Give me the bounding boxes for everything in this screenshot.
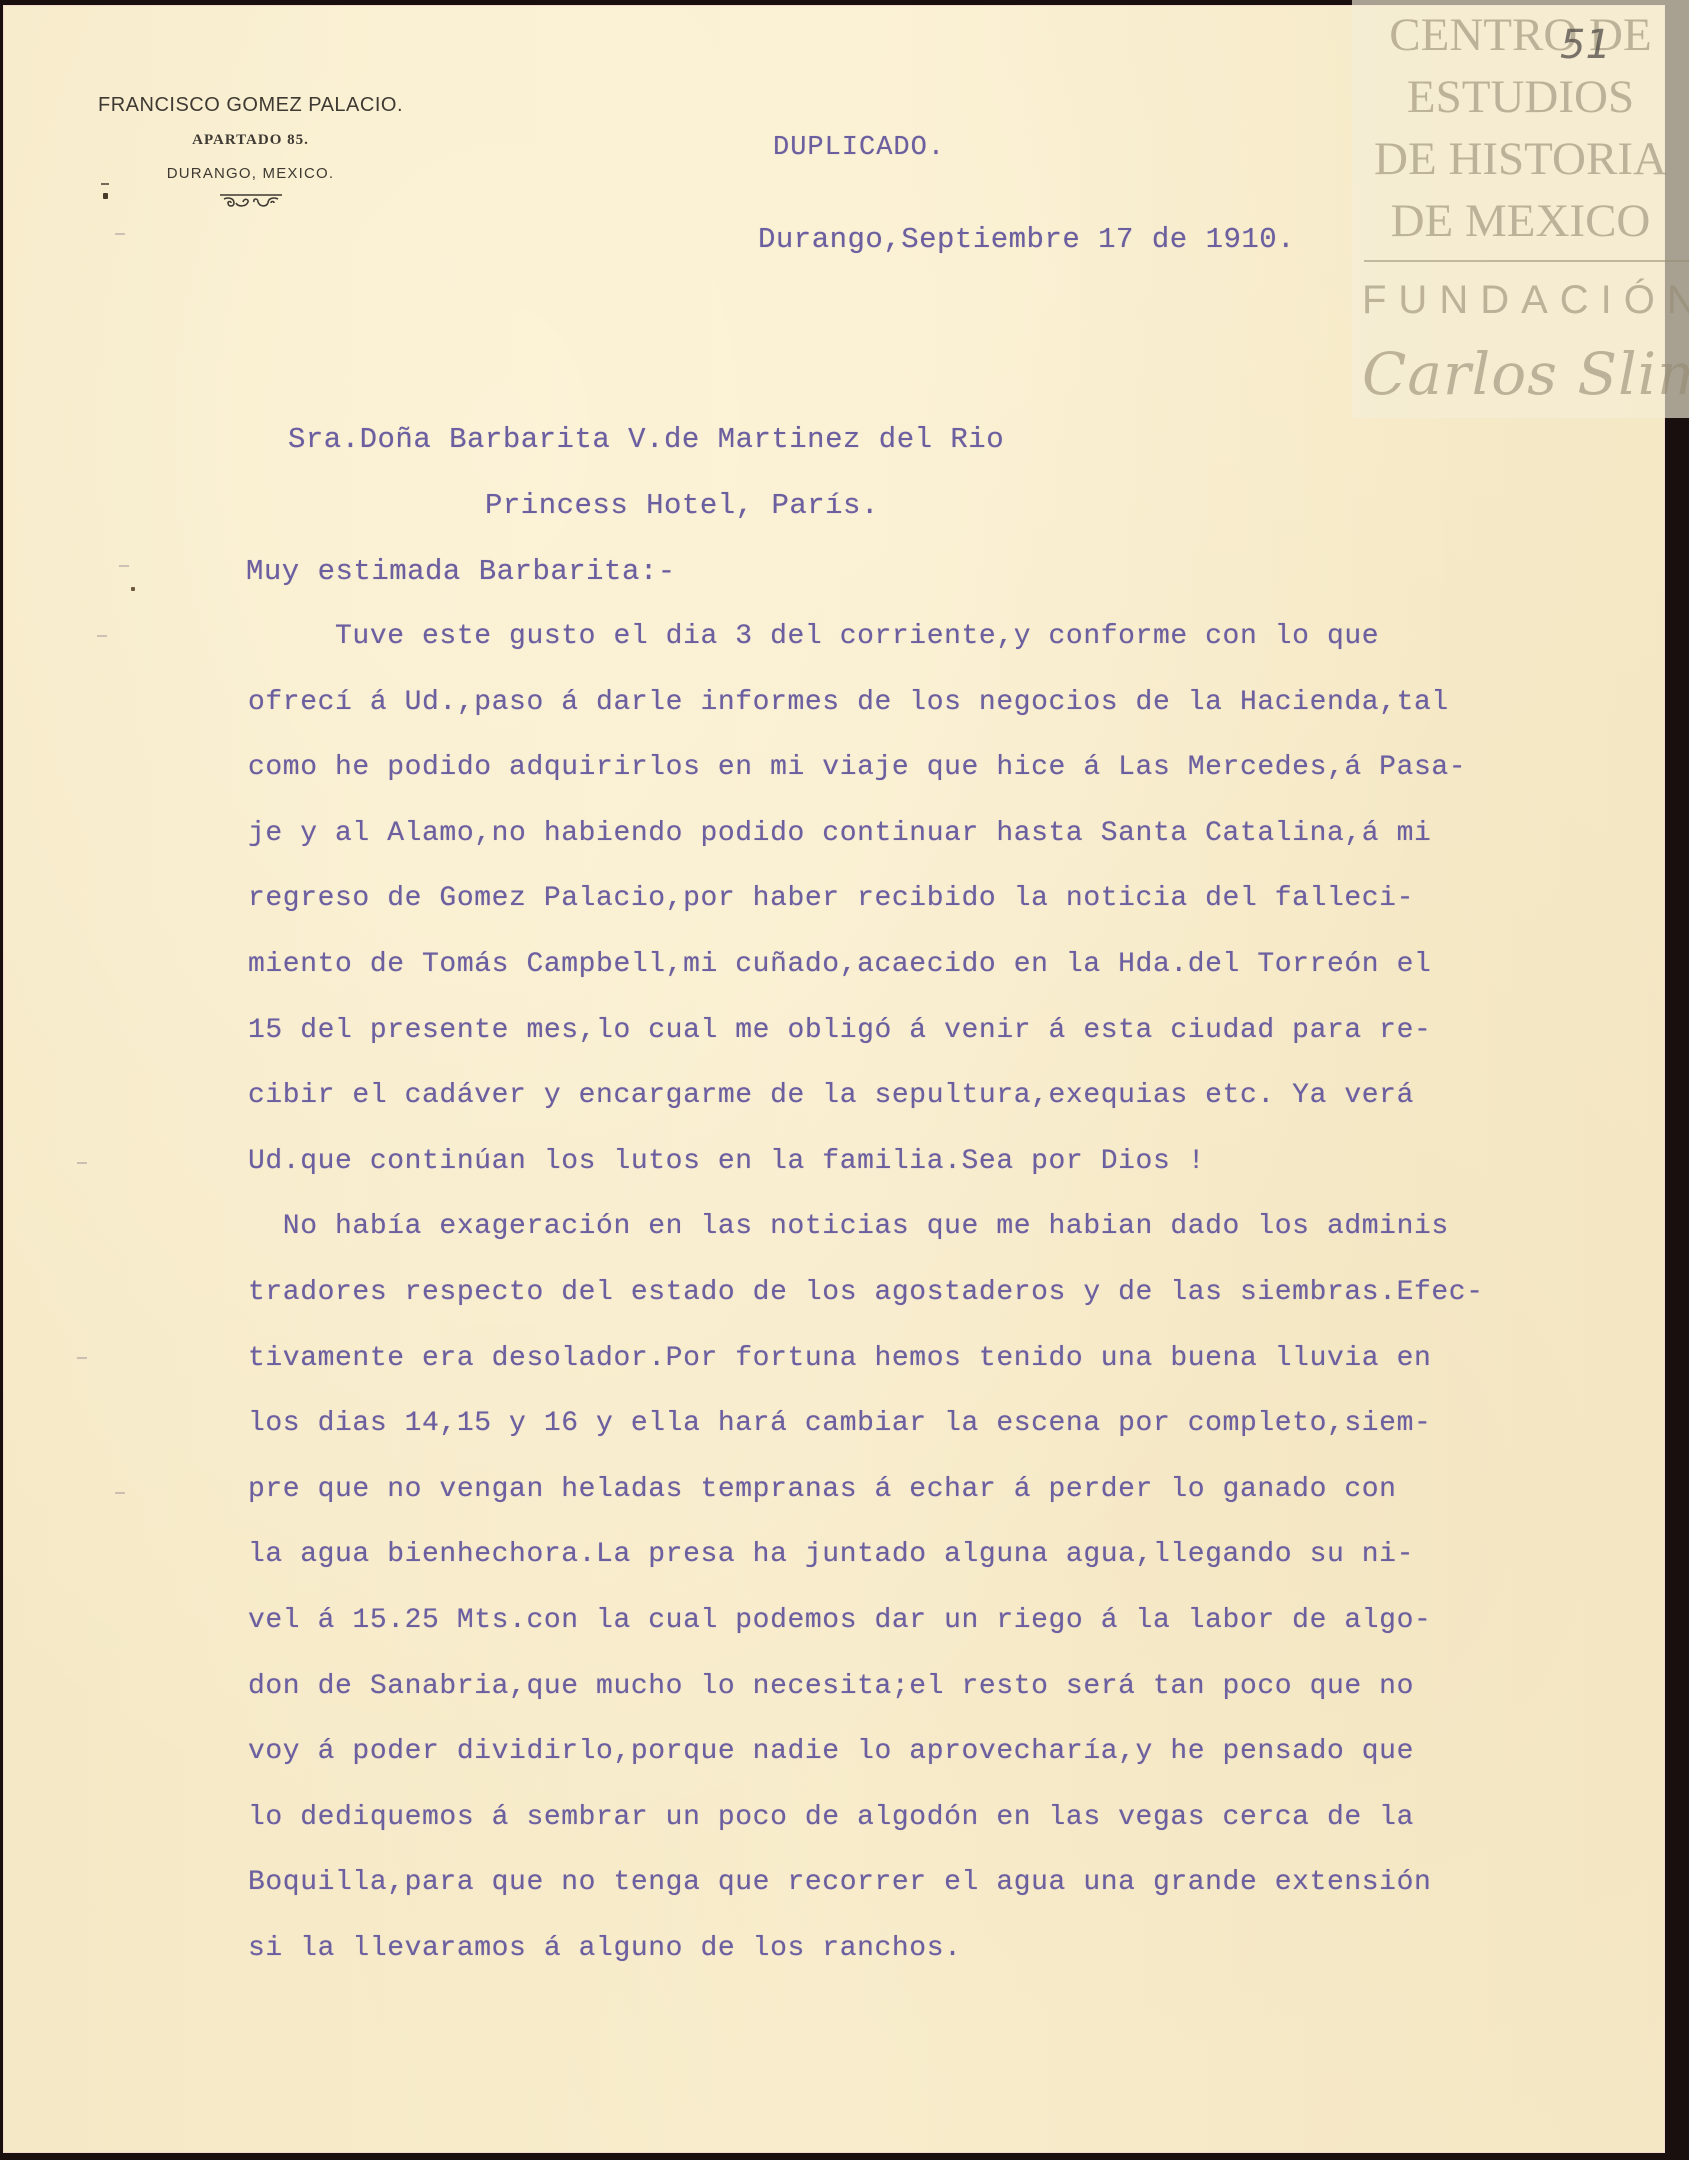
body-line: 15 del presente mes,lo cual me obligó á … xyxy=(248,1015,1484,1081)
body-line: si la llevaramos á alguno de los ranchos… xyxy=(248,1933,1484,1999)
letterhead: FRANCISCO GOMEZ PALACIO. APARTADO 85. DU… xyxy=(93,93,408,214)
body-line: como he podido adquirirlos en mi viaje q… xyxy=(248,752,1484,818)
body-line: Tuve este gusto el dia 3 del corriente,y… xyxy=(248,621,1484,687)
body-line: la agua bienhechora.La presa ha juntado … xyxy=(248,1539,1484,1605)
body-line: tradores respecto del estado de los agos… xyxy=(248,1277,1484,1343)
watermark-line: DE HISTORIA xyxy=(1352,128,1689,190)
watermark: CENTRO DE ESTUDIOS DE HISTORIA DE MEXICO… xyxy=(1352,0,1689,418)
watermark-line: CENTRO DE xyxy=(1352,4,1689,66)
dateline: Durango,Septiembre 17 de 1910. xyxy=(758,223,1295,256)
watermark-divider xyxy=(1364,260,1689,262)
watermark-signature: Carlos Slim xyxy=(1362,340,1689,408)
body-line: cibir el cadáver y encargarme de la sepu… xyxy=(248,1080,1484,1146)
letterhead-name: FRANCISCO GOMEZ PALACIO. xyxy=(93,93,408,117)
letterhead-city: DURANGO, MEXICO. xyxy=(93,165,408,183)
margin-mark-icon xyxy=(103,193,108,199)
body-line: regreso de Gomez Palacio,por haber recib… xyxy=(248,883,1484,949)
body-line: ofrecí á Ud.,paso á darle informes de lo… xyxy=(248,687,1484,753)
watermark-foundation: FUNDACIÓN xyxy=(1362,278,1689,323)
body-line: lo dediquemos á sembrar un poco de algod… xyxy=(248,1802,1484,1868)
body-line: pre que no vengan heladas tempranas á ec… xyxy=(248,1474,1484,1540)
body-line: Ud.que continúan los lutos en la familia… xyxy=(248,1146,1484,1212)
body-line: voy á poder dividirlo,porque nadie lo ap… xyxy=(248,1736,1484,1802)
salutation: Muy estimada Barbarita:- xyxy=(246,555,676,588)
body-line: tivamente era desolador.Por fortuna hemo… xyxy=(248,1343,1484,1409)
watermark-line: DE MEXICO xyxy=(1352,190,1689,252)
letter-body: Tuve este gusto el dia 3 del corriente,y… xyxy=(248,621,1484,1998)
recipient-name: Sra.Doña Barbarita V.de Martinez del Rio xyxy=(288,423,1004,456)
letterhead-apartado: APARTADO 85. xyxy=(93,131,408,149)
margin-dash-icon xyxy=(77,1162,87,1164)
margin-dash-icon xyxy=(77,1357,87,1359)
ornament-icon xyxy=(218,193,284,209)
page-number: 51 xyxy=(1560,22,1611,68)
body-line: don de Sanabria,que mucho lo necesita;el… xyxy=(248,1671,1484,1737)
body-line: vel á 15.25 Mts.con la cual podemos dar … xyxy=(248,1605,1484,1671)
margin-dash-icon xyxy=(119,565,129,567)
body-line: los dias 14,15 y 16 y ella hará cambiar … xyxy=(248,1408,1484,1474)
recipient-address: Princess Hotel, París. xyxy=(485,489,879,522)
watermark-line: ESTUDIOS xyxy=(1352,66,1689,128)
margin-dash-icon xyxy=(115,233,125,235)
body-line: miento de Tomás Campbell,mi cuñado,acaec… xyxy=(248,949,1484,1015)
body-line: je y al Alamo,no habiendo podido continu… xyxy=(248,818,1484,884)
body-line: Boquilla,para que no tenga que recorrer … xyxy=(248,1867,1484,1933)
margin-dash-icon xyxy=(97,635,107,637)
margin-mark-icon xyxy=(131,587,135,591)
margin-dash-icon xyxy=(101,183,109,185)
body-line: No había exageración en las noticias que… xyxy=(248,1211,1484,1277)
margin-dash-icon xyxy=(115,1492,125,1494)
duplicado-mark: DUPLICADO. xyxy=(773,133,945,163)
